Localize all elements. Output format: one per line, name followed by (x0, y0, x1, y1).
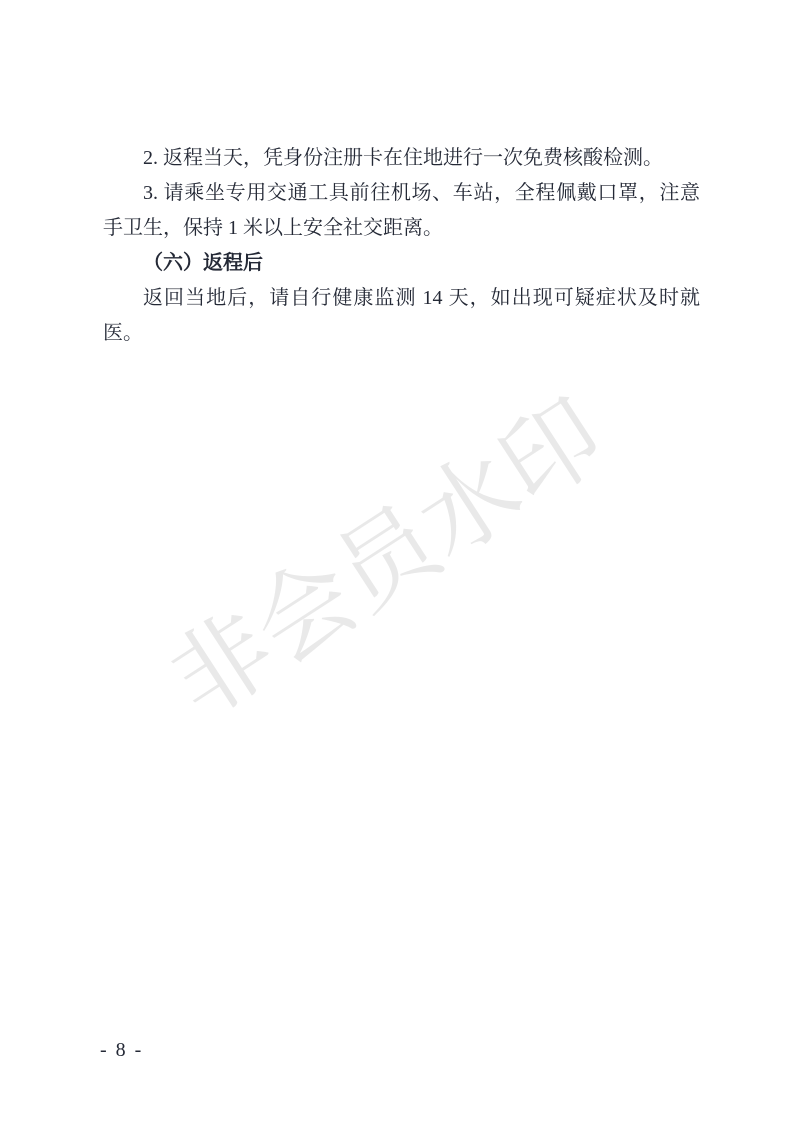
paragraph-health-monitoring: 返回当地后，请自行健康监测 14 天，如出现可疑症状及时就医。 (103, 281, 700, 351)
document-page: 非会员水印 2. 返程当天，凭身份注册卡在住地进行一次免费核酸检测。 3. 请乘… (0, 0, 793, 1122)
watermark-text: 非会员水印 (95, 341, 678, 776)
page-number: - 8 - (100, 1038, 143, 1062)
document-body: 2. 返程当天，凭身份注册卡在住地进行一次免费核酸检测。 3. 请乘坐专用交通工… (103, 141, 700, 351)
section-heading-after-return: （六）返程后 (103, 246, 700, 281)
paragraph-return-day-test: 2. 返程当天，凭身份注册卡在住地进行一次免费核酸检测。 (103, 141, 700, 176)
paragraph-transport-mask: 3. 请乘坐专用交通工具前往机场、车站，全程佩戴口罩，注意手卫生，保持 1 米以… (103, 176, 700, 246)
